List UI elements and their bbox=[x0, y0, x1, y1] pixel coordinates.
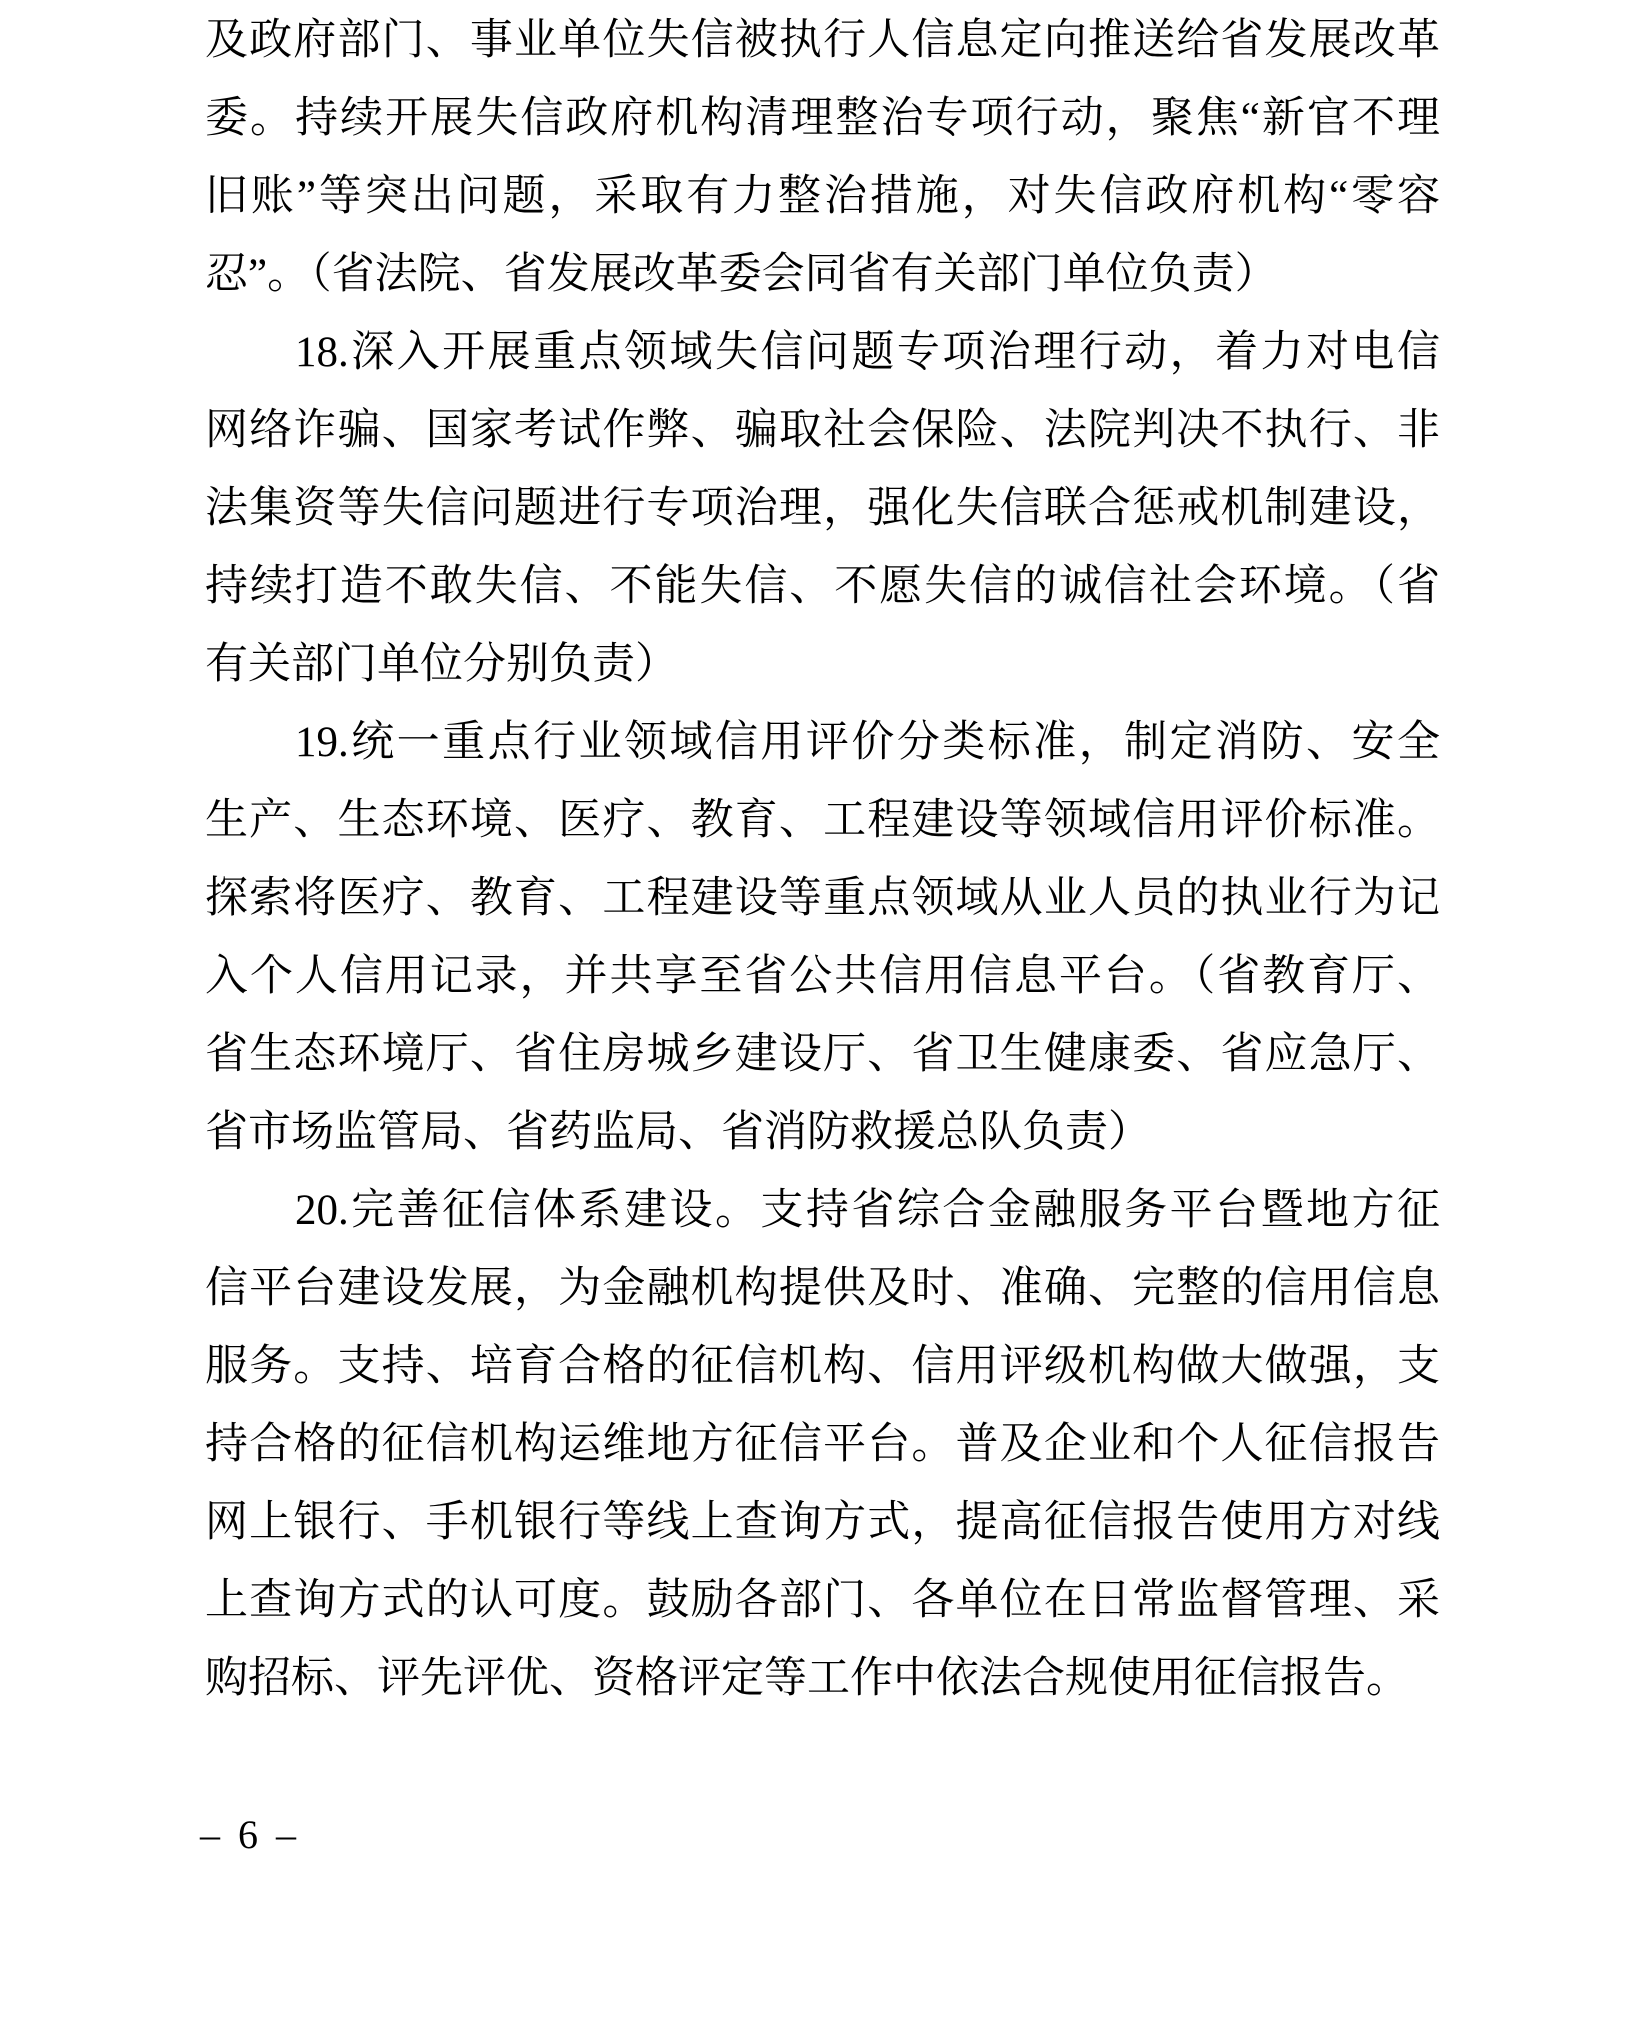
text-line: 20.完善征信体系建设。支持省综合金融服务平台暨地方征 bbox=[205, 1172, 1440, 1250]
text-line: 探索将医疗、教育、工程建设等重点领域从业人员的执业行为记 bbox=[205, 860, 1440, 938]
text-line: 忍”。（省法院、省发展改革委会同省有关部门单位负责） bbox=[205, 236, 1440, 314]
text-line: 上查询方式的认可度。鼓励各部门、各单位在日常监督管理、采 bbox=[205, 1562, 1440, 1640]
text-line: 持续打造不敢失信、不能失信、不愿失信的诚信社会环境。（省 bbox=[205, 548, 1440, 626]
text-line: 省市场监管局、省药监局、省消防救援总队负责） bbox=[205, 1094, 1440, 1172]
document-page: 及政府部门、事业单位失信被执行人信息定向推送给省发展改革委。持续开展失信政府机构… bbox=[0, 0, 1652, 2032]
text-line: 生产、生态环境、医疗、教育、工程建设等领域信用评价标准。 bbox=[205, 782, 1440, 860]
text-line: 法集资等失信问题进行专项治理，强化失信联合惩戒机制建设， bbox=[205, 470, 1440, 548]
text-line: 有关部门单位分别负责） bbox=[205, 626, 1440, 704]
text-line: 信平台建设发展，为金融机构提供及时、准确、完整的信用信息 bbox=[205, 1250, 1440, 1328]
text-line: 持合格的征信机构运维地方征信平台。普及企业和个人征信报告 bbox=[205, 1406, 1440, 1484]
text-line: 省生态环境厅、省住房城乡建设厅、省卫生健康委、省应急厅、 bbox=[205, 1016, 1440, 1094]
text-line: 委。持续开展失信政府机构清理整治专项行动，聚焦“新官不理 bbox=[205, 80, 1440, 158]
text-line: 购招标、评先评优、资格评定等工作中依法合规使用征信报告。 bbox=[205, 1640, 1440, 1718]
text-line: 网上银行、手机银行等线上查询方式，提高征信报告使用方对线 bbox=[205, 1484, 1440, 1562]
text-line: 入个人信用记录，并共享至省公共信用信息平台。（省教育厅、 bbox=[205, 938, 1440, 1016]
document-body: 及政府部门、事业单位失信被执行人信息定向推送给省发展改革委。持续开展失信政府机构… bbox=[205, 2, 1440, 1718]
text-line: 服务。支持、培育合格的征信机构、信用评级机构做大做强，支 bbox=[205, 1328, 1440, 1406]
page-number: – 6 – bbox=[200, 1812, 300, 1858]
text-line: 网络诈骗、国家考试作弊、骗取社会保险、法院判决不执行、非 bbox=[205, 392, 1440, 470]
text-line: 18.深入开展重点领域失信问题专项治理行动，着力对电信 bbox=[205, 314, 1440, 392]
text-line: 及政府部门、事业单位失信被执行人信息定向推送给省发展改革 bbox=[205, 2, 1440, 80]
text-line: 旧账”等突出问题，采取有力整治措施，对失信政府机构“零容 bbox=[205, 158, 1440, 236]
text-line: 19.统一重点行业领域信用评价分类标准，制定消防、安全 bbox=[205, 704, 1440, 782]
